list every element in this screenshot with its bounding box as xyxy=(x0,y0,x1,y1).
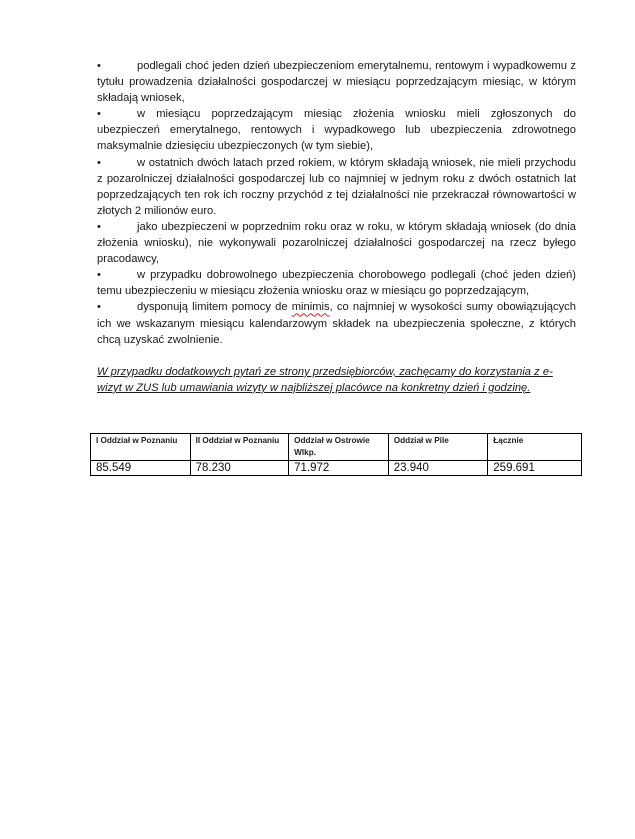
table-header-cell: Oddział w Ostrowie Wlkp. xyxy=(289,434,389,461)
table-cell: 259.691 xyxy=(488,461,582,476)
bullet-text: jako ubezpieczeni w poprzednim roku oraz… xyxy=(97,221,576,265)
table-cell: 78.230 xyxy=(190,461,289,476)
bullet-text: w miesiącu poprzedzającym miesiąc złożen… xyxy=(97,108,576,152)
bullet-icon: • xyxy=(97,155,137,171)
table-header-cell: Oddział w Pile xyxy=(388,434,488,461)
contact-note: W przypadku dodatkowych pytań ze strony … xyxy=(97,364,576,396)
bullet-item: •dysponują limitem pomocy de minimis, co… xyxy=(97,299,576,347)
table-row: 85.549 78.230 71.972 23.940 259.691 xyxy=(91,461,582,476)
table-header-cell: Łącznie xyxy=(488,434,582,461)
bullet-icon: • xyxy=(97,299,137,315)
document-page: •podlegali choć jeden dzień ubezpieczeni… xyxy=(97,58,576,407)
table-header-cell: I Oddział w Poznaniu xyxy=(91,434,191,461)
table-header-cell: II Oddział w Poznaniu xyxy=(190,434,289,461)
bullet-icon: • xyxy=(97,219,137,235)
bullet-text: w przypadku dobrowolnego ubezpieczenia c… xyxy=(97,269,576,297)
bullet-icon: • xyxy=(97,267,137,283)
table-cell: 71.972 xyxy=(289,461,389,476)
bullet-text: dysponują limitem pomocy de xyxy=(137,301,292,313)
spellcheck-flagged-word[interactable]: minimis xyxy=(292,301,330,313)
bullet-text: w ostatnich dwóch latach przed rokiem, w… xyxy=(97,157,576,217)
bullet-text: podlegali choć jeden dzień ubezpieczenio… xyxy=(97,60,576,104)
table-cell: 85.549 xyxy=(91,461,191,476)
bullet-item: •jako ubezpieczeni w poprzednim roku ora… xyxy=(97,219,576,267)
bullet-item: •w przypadku dobrowolnego ubezpieczenia … xyxy=(97,267,576,299)
table-header-row: I Oddział w Poznaniu II Oddział w Poznan… xyxy=(91,434,582,461)
bullet-icon: • xyxy=(97,106,137,122)
branch-statistics-table: I Oddział w Poznaniu II Oddział w Poznan… xyxy=(90,433,582,476)
bullet-item: •podlegali choć jeden dzień ubezpieczeni… xyxy=(97,58,576,106)
bullet-item: •w ostatnich dwóch latach przed rokiem, … xyxy=(97,155,576,219)
bullet-item: •w miesiącu poprzedzającym miesiąc złoże… xyxy=(97,106,576,154)
table-cell: 23.940 xyxy=(388,461,488,476)
bullet-icon: • xyxy=(97,58,137,74)
